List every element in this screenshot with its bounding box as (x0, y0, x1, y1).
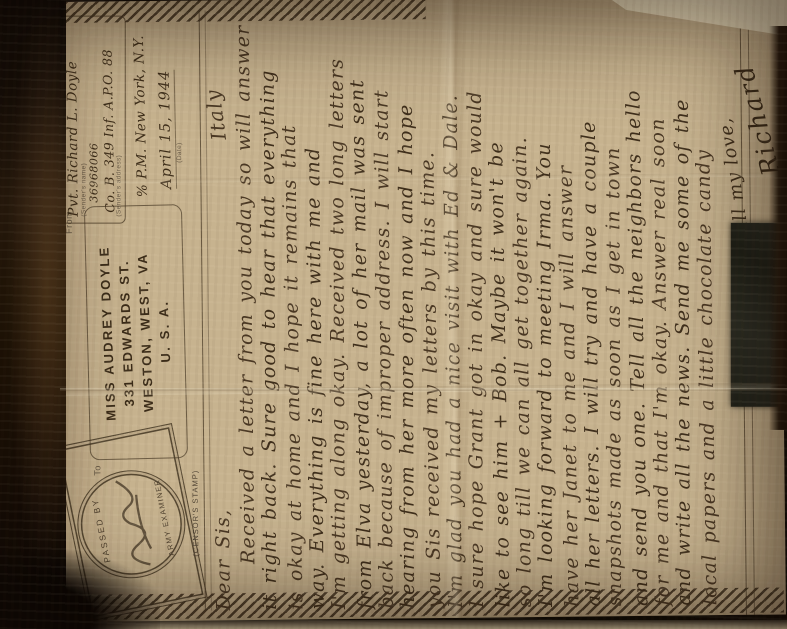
vmail-letter-photo: PASSED BY ARMY EXAMINER (CENSOR'S STAMP)… (0, 0, 787, 629)
vmail-sheet: PASSED BY ARMY EXAMINER (CENSOR'S STAMP)… (58, 0, 786, 622)
letter-date: April 15, 1944 (157, 70, 177, 189)
from-address-box: Pvt. Richard L. Doyle (Sender's name) 36… (61, 16, 126, 224)
photo-dark-margin-left (0, 0, 66, 629)
censor-stamp-caption: (CENSOR'S STAMP) (190, 470, 200, 557)
from-address-area: Pvt. Richard L. Doyle (Sender's name) 36… (60, 15, 184, 224)
sender-address-caption: (Sender's address) (116, 23, 123, 217)
sender-unit: Co. B. 349 Inf. A.P.O. 88 (99, 23, 117, 213)
photo-edge-bottom (86, 620, 787, 629)
photo-dark-margin-right (769, 26, 787, 430)
sender-name: Pvt. Richard L. Doyle (64, 23, 82, 217)
sender-name-caption: (Sender's name) (81, 23, 88, 217)
place-written: Italy (201, 88, 231, 142)
salutation: Dear Sis, (212, 509, 235, 611)
to-address-line: U. S. A. (154, 300, 176, 363)
to-label: To (92, 465, 102, 476)
photo-dark-corner (0, 549, 160, 629)
horizontal-crease (60, 388, 787, 391)
date-caption: (Date) (175, 15, 184, 163)
to-address-box: MISS AUDREY DOYLE 331 EDWARDS ST. WESTON… (84, 204, 188, 460)
